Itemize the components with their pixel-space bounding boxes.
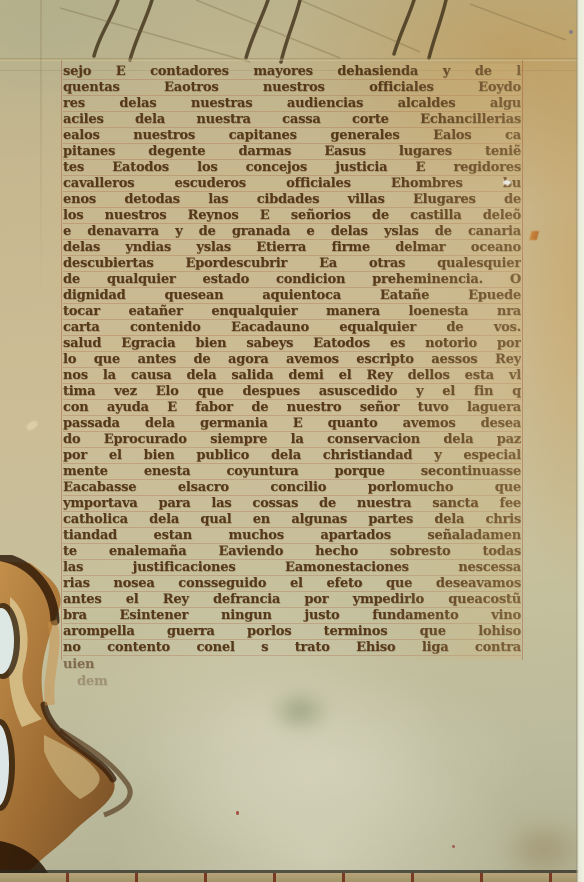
manuscript-line: pitanes degente darmas Easus lugares ten…: [63, 144, 521, 160]
manuscript-line: cavalleros escuderos officiales Ehombres…: [63, 176, 521, 192]
manuscript-line: tiandad estan muchos apartados señaladam…: [63, 528, 521, 544]
manuscript-line: passada dela germania E quanto avemos de…: [63, 416, 521, 432]
manuscript-line: bra Esintener ningun justo fundamento vi…: [63, 608, 521, 624]
manuscript-line: los nuestros Reynos E señorios de castil…: [63, 208, 521, 224]
manuscript-line: salud Egracia bien sabeys Eatodos es not…: [63, 336, 521, 352]
red-speck: [236, 811, 239, 815]
crease-line: [40, 0, 42, 300]
manuscript-line: aciles dela nuestra cassa corte Echancil…: [63, 112, 521, 128]
orange-mark: [526, 231, 542, 240]
manuscript-line: lo que antes de agora avemos escripto ae…: [63, 352, 521, 368]
manuscript-text-block: sejo E contadores mayores dehasienda y d…: [63, 64, 521, 690]
manuscript-line: por el bien publico dela christiandad y …: [63, 448, 521, 464]
manuscript-line: ymportava para las cossas de nuestra san…: [63, 496, 521, 512]
manuscript-line: rias nosea consseguido el efeto que dese…: [63, 576, 521, 592]
red-speck: [452, 845, 455, 848]
manuscript-line: dignidad quesean aquientoca Eatañe Epued…: [63, 288, 521, 304]
margin-scratch: [25, 419, 39, 432]
manuscript-photo: sejo E contadores mayores dehasienda y d…: [0, 0, 584, 882]
manuscript-line: las justificaciones Eamonestaciones nesc…: [63, 560, 521, 576]
photo-mat-edge: [576, 0, 584, 882]
manuscript-line: e denavarra y de granada e delas yslas d…: [63, 224, 521, 240]
manuscript-line: ealos nuestros capitanes generales Ealos…: [63, 128, 521, 144]
manuscript-line: sejo E contadores mayores dehasienda y d…: [63, 64, 521, 80]
blue-speck: [569, 30, 573, 34]
manuscript-line: de qualquier estado condicion preheminen…: [63, 272, 521, 288]
manuscript-line-fragment: uien: [63, 656, 153, 673]
water-stain: [120, 670, 540, 860]
ruling-line-left: [61, 60, 62, 660]
manuscript-line: descubiertas Epordescubrir Ea otras qual…: [63, 256, 521, 272]
manuscript-line: quentas Eaotros nuestros officiales Eoyd…: [63, 80, 521, 96]
manuscript-line: tocar eatañer enqualquier manera loenest…: [63, 304, 521, 320]
crease-line: [0, 58, 584, 61]
manuscript-line: no contento conel s trato Ehiso liga con…: [63, 640, 521, 656]
manuscript-line: Eacabasse elsacro concilio porlomucho qu…: [63, 480, 521, 496]
manuscript-line: catholica dela qual en algunas partes de…: [63, 512, 521, 528]
brown-stain: [498, 818, 584, 880]
bottom-ruler-strip: [0, 873, 584, 882]
manuscript-line: mente enesta coyuntura porque secontinua…: [63, 464, 521, 480]
manuscript-line: res delas nuestras audiencias alcaldes a…: [63, 96, 521, 112]
green-stain: [268, 688, 332, 734]
parchment-bottom-edge: [0, 870, 584, 873]
manuscript-line: antes el Rey defrancia por ympedirlo que…: [63, 592, 521, 608]
ruling-line-right: [522, 60, 523, 660]
manuscript-line: enos detodas las cibdades villas Elugare…: [63, 192, 521, 208]
manuscript-line: con ayuda E fabor de nuestro señor tuvo …: [63, 400, 521, 416]
manuscript-line-fragment: dem: [77, 673, 187, 690]
manuscript-line: te enalemaña Eaviendo hecho sobresto tod…: [63, 544, 521, 560]
manuscript-line: nos la causa dela salida demi el Rey del…: [63, 368, 521, 384]
manuscript-line: tes Eatodos los concejos justicia E regi…: [63, 160, 521, 176]
manuscript-line: arompella guerra porlos terminos que loh…: [63, 624, 521, 640]
manuscript-line: carta contenido Eacadauno equalquier de …: [63, 320, 521, 336]
manuscript-line: delas yndias yslas Etierra firme delmar …: [63, 240, 521, 256]
manuscript-line: tima vez Elo que despues asuscedido y el…: [63, 384, 521, 400]
manuscript-line: do Eprocurado siempre la conservacion de…: [63, 432, 521, 448]
